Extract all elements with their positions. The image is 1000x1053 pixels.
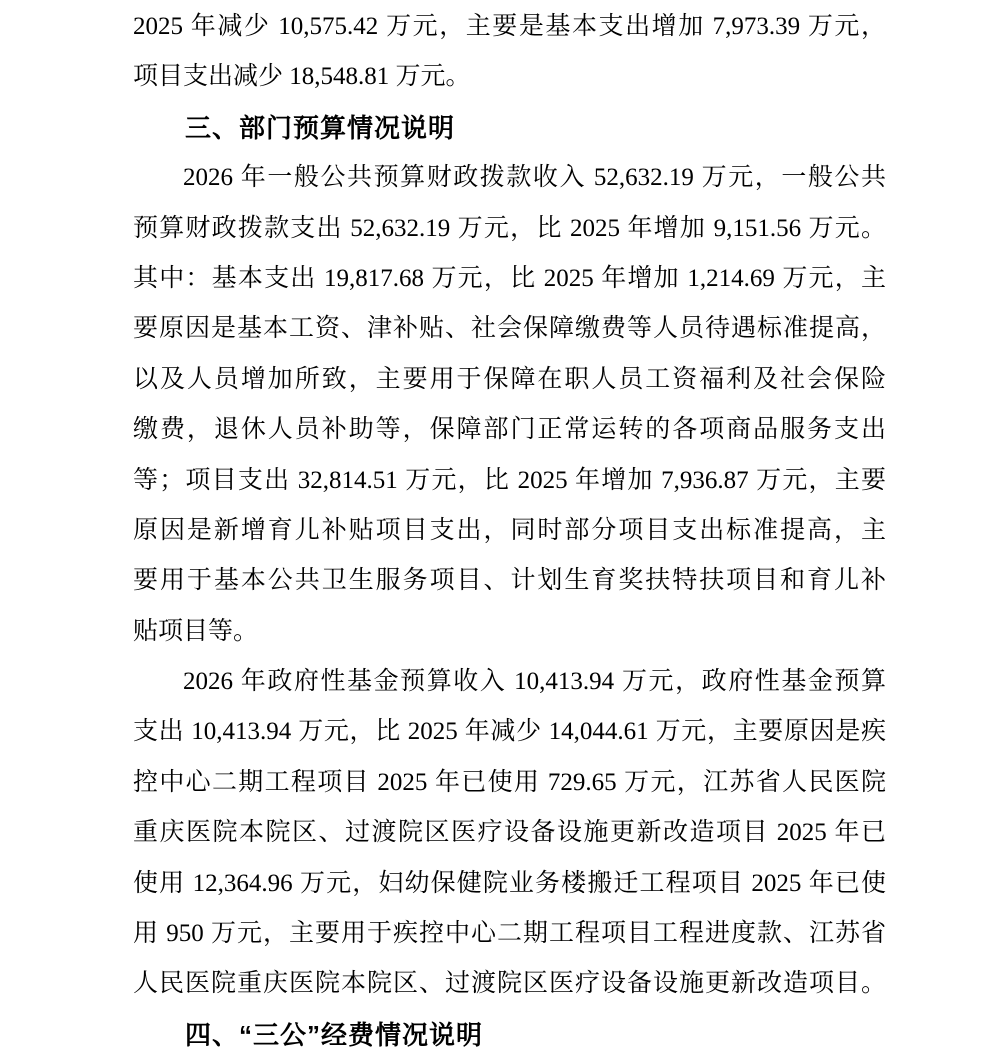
text-line: 缴费，退休人员补助等，保障部门正常运转的各项商品服务支出 <box>133 405 886 455</box>
text-line: 项目支出减少 18,548.81 万元。 <box>133 52 886 102</box>
text-line: 贴项目等。 <box>133 607 886 657</box>
text-line: 其中：基本支出 19,817.68 万元，比 2025 年增加 1,214.69… <box>133 254 886 304</box>
document-content: 2025 年减少 10,575.42 万元，主要是基本支出增加 7,973.39… <box>133 2 886 1053</box>
section-heading: 四、“三公”经费情况说明 <box>133 1010 886 1053</box>
text-line: 使用 12,364.96 万元，妇幼保健院业务楼搬迁工程项目 2025 年已使 <box>133 859 886 909</box>
text-line: 2026 年一般公共预算财政拨款收入 52,632.19 万元，一般公共 <box>133 153 886 203</box>
text-line: 控中心二期工程项目 2025 年已使用 729.65 万元，江苏省人民医院 <box>133 758 886 808</box>
text-line: 2025 年减少 10,575.42 万元，主要是基本支出增加 7,973.39… <box>133 2 886 52</box>
text-line: 原因是新增育儿补贴项目支出，同时部分项目支出标准提高，主 <box>133 506 886 556</box>
text-line: 要用于基本公共卫生服务项目、计划生育奖扶特扶项目和育儿补 <box>133 556 886 606</box>
text-line: 等；项目支出 32,814.51 万元，比 2025 年增加 7,936.87 … <box>133 456 886 506</box>
section-heading: 三、部门预算情况说明 <box>133 103 886 153</box>
text-line: 预算财政拨款支出 52,632.19 万元，比 2025 年增加 9,151.5… <box>133 204 886 254</box>
text-line: 用 950 万元，主要用于疾控中心二期工程项目工程进度款、江苏省 <box>133 909 886 959</box>
text-line: 重庆医院本院区、过渡院区医疗设备设施更新改造项目 2025 年已 <box>133 808 886 858</box>
text-line: 以及人员增加所致，主要用于保障在职人员工资福利及社会保险 <box>133 355 886 405</box>
text-line: 2026 年政府性基金预算收入 10,413.94 万元，政府性基金预算 <box>133 657 886 707</box>
text-line: 支出 10,413.94 万元，比 2025 年减少 14,044.61 万元，… <box>133 707 886 757</box>
text-line: 要原因是基本工资、津补贴、社会保障缴费等人员待遇标准提高， <box>133 304 886 354</box>
text-line: 人民医院重庆医院本院区、过渡院区医疗设备设施更新改造项目。 <box>133 959 886 1009</box>
document-page: 2025 年减少 10,575.42 万元，主要是基本支出增加 7,973.39… <box>0 0 1000 1053</box>
